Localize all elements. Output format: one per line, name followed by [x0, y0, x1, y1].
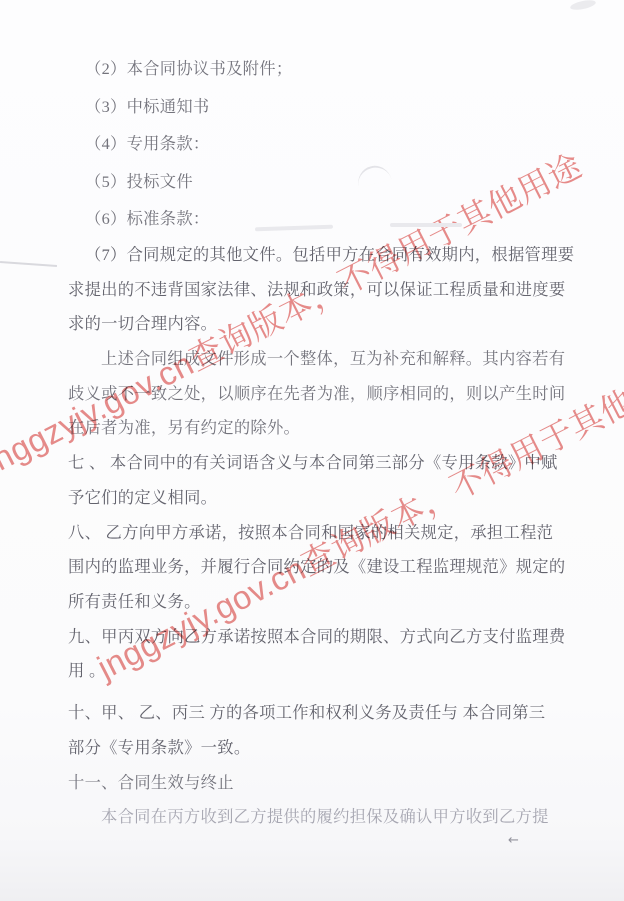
paragraph-line: 予它们的定义相同。	[68, 481, 568, 516]
clause-heading-line: 十一、合同生效与终止	[68, 766, 568, 801]
stray-pen-mark: ←	[508, 833, 519, 848]
paragraph-line: 用 。	[68, 654, 568, 689]
paragraph-line: 本合同在丙方收到乙方提供的履约担保及确认甲方收到乙方提	[68, 800, 568, 835]
paragraph-line: 所有责任和义务。	[68, 585, 568, 620]
paragraph-line: （7）合同规定的其他文件。包括甲方在合同有效期内，根据管理要	[68, 238, 568, 273]
paragraph-line: 部分《专用条款》一致。	[68, 731, 568, 766]
list-item: （4）专用条款：	[68, 125, 568, 163]
list-item: （2）本合同协议书及附件；	[68, 50, 568, 88]
paragraph-line: 求的一切合理内容。	[68, 307, 568, 342]
list-item: （6）标准条款：	[68, 200, 568, 238]
scan-artifact-smudge	[569, 0, 596, 12]
list-item: （5）投标文件	[68, 163, 568, 201]
scan-artifact-streak	[390, 223, 462, 227]
clause-heading-line: 八、 乙方向甲方承诺，按照本合同和国家的相关规定，承担工程范	[68, 516, 568, 551]
contract-text-block: （2）本合同协议书及附件； （3）中标通知书 （4）专用条款： （5）投标文件 …	[68, 50, 568, 835]
scan-artifact-line	[0, 261, 57, 267]
paragraph-line: 在后者为准，另有约定的除外。	[68, 411, 568, 446]
paragraph-line: 歧义或不一致之处，以顺序在先者为准，顺序相同的，则以产生时间	[68, 377, 568, 412]
list-item: （3）中标通知书	[68, 88, 568, 126]
clause-heading-line: 七 、 本合同中的有关词语含义与本合同第三部分《专用条款》中赋	[68, 446, 568, 481]
paragraph-line: 求提出的不违背国家法律、法规和政策，可以保证工程质量和进度要	[68, 273, 568, 308]
paragraph-line: 围内的监理业务，并履行合同约定的及《建设工程监理规范》规定的	[68, 550, 568, 585]
document-page: （2）本合同协议书及附件； （3）中标通知书 （4）专用条款： （5）投标文件 …	[0, 0, 624, 901]
clause-heading-line: 十、甲、 乙、丙三 方的各项工作和权利义务及责任与 本合同第三	[68, 696, 568, 731]
paragraph-line: 上述合同组成文件形成一个整体，互为补充和解释。其内容若有	[68, 342, 568, 377]
clause-heading-line: 九、甲丙双方向乙方承诺按照本合同的期限、方式向乙方支付监理费	[68, 620, 568, 655]
